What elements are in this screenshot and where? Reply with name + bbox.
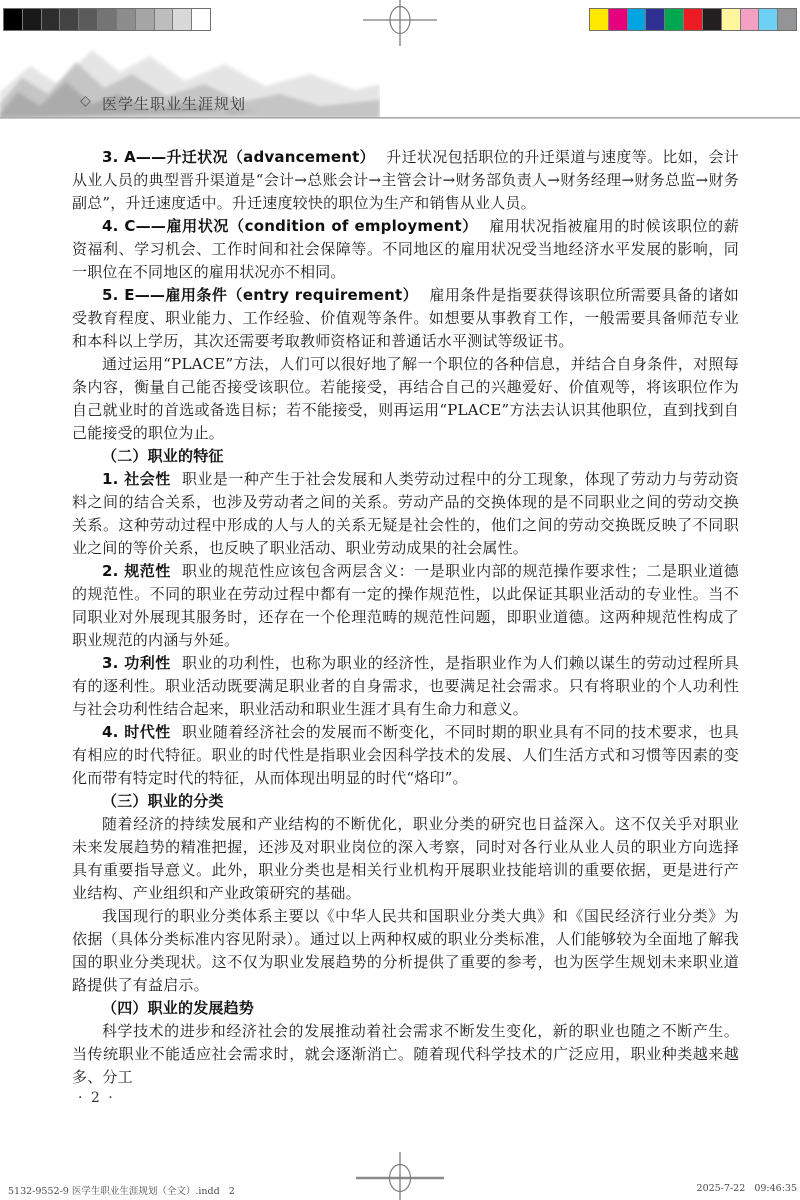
color-calibration-bar	[589, 8, 797, 31]
diamond-icon: ◇	[80, 93, 91, 109]
paragraph-lead: 3. 功利性	[102, 654, 171, 672]
paragraph-lead: 1. 社会性	[102, 470, 171, 488]
body-paragraph: 1. 社会性职业是一种产生于社会发展和人类劳动过程中的分工现象，体现了劳动力与劳…	[72, 468, 739, 560]
section-heading: （三）职业的分类	[72, 790, 739, 813]
body-paragraph: 3. A——升迁状况（advancement）升迁状况包括职位的升迁渠道与速度等…	[72, 146, 739, 215]
paragraph-lead: 3. A——升迁状况（advancement）	[102, 148, 375, 166]
color-swatch	[646, 9, 665, 30]
page-number: · 2 ·	[78, 1090, 115, 1106]
print-slug-filename: 5132-9552-9 医学生职业生涯规划（全文）.indd 2	[8, 1183, 235, 1197]
grayscale-calibration-bar	[3, 8, 211, 31]
color-swatch	[722, 9, 741, 30]
color-swatch	[590, 9, 609, 30]
body-paragraph: 我国现行的职业分类体系主要以《中华人民共和国职业分类大典》和《国民经济行业分类》…	[72, 905, 739, 997]
paragraph-lead: 2. 规范性	[102, 562, 171, 580]
body-paragraph: 通过运用“PLACE”方法，人们可以很好地了解一个职位的各种信息，并结合自身条件…	[72, 353, 739, 445]
color-swatch	[741, 9, 760, 30]
paragraph-lead: 5. E——雇用条件（entry requirement）	[102, 286, 418, 304]
header-rule	[0, 117, 800, 119]
section-heading: （四）职业的发展趋势	[72, 997, 739, 1020]
running-header-title: 医学生职业生涯规划	[102, 93, 246, 114]
body-paragraph: 随着经济的持续发展和产业结构的不断优化，职业分类的研究也日益深入。这不仅关乎对职…	[72, 813, 739, 905]
color-swatch	[155, 9, 174, 30]
registration-mark-icon	[352, 0, 448, 46]
body-paragraph: 科学技术的进步和经济社会的发展推动着社会需求不断发生变化，新的职业也随之不断产生…	[72, 1020, 739, 1089]
color-swatch	[136, 9, 155, 30]
color-swatch	[609, 9, 628, 30]
color-swatch	[79, 9, 98, 30]
page-body: 3. A——升迁状况（advancement）升迁状况包括职位的升迁渠道与速度等…	[72, 146, 739, 1089]
color-swatch	[703, 9, 722, 30]
color-swatch	[4, 9, 23, 30]
registration-mark-icon	[352, 1150, 448, 1200]
paragraph-lead: 4. 时代性	[102, 723, 171, 741]
color-swatch	[23, 9, 42, 30]
paragraph-lead: 4. C——雇用状况（condition of employment）	[102, 217, 478, 235]
body-paragraph: 4. 时代性职业随着经济社会的发展而不断变化，不同时期的职业具有不同的技术要求，…	[72, 721, 739, 790]
body-paragraph: 3. 功利性职业的功利性，也称为职业的经济性，是指职业作为人们赖以谋生的劳动过程…	[72, 652, 739, 721]
color-swatch	[628, 9, 647, 30]
color-swatch	[117, 9, 136, 30]
body-paragraph: 4. C——雇用状况（condition of employment）雇用状况指…	[72, 215, 739, 284]
section-heading: （二）职业的特征	[72, 445, 739, 468]
body-paragraph: 5. E——雇用条件（entry requirement）雇用条件是指要获得该职…	[72, 284, 739, 353]
color-swatch	[60, 9, 79, 30]
color-swatch	[778, 9, 796, 30]
color-swatch	[684, 9, 703, 30]
body-paragraph: 2. 规范性职业的规范性应该包含两层含义：一是职业内部的规范操作要求性；二是职业…	[72, 560, 739, 652]
book-page: ◇ 医学生职业生涯规划 3. A——升迁状况（advancement）升迁状况包…	[0, 0, 800, 1200]
color-swatch	[759, 9, 778, 30]
color-swatch	[192, 9, 210, 30]
color-swatch	[665, 9, 684, 30]
color-swatch	[173, 9, 192, 30]
color-swatch	[98, 9, 117, 30]
color-swatch	[42, 9, 61, 30]
print-slug-timestamp: 2025-7-22 09:46:35	[697, 1183, 797, 1194]
